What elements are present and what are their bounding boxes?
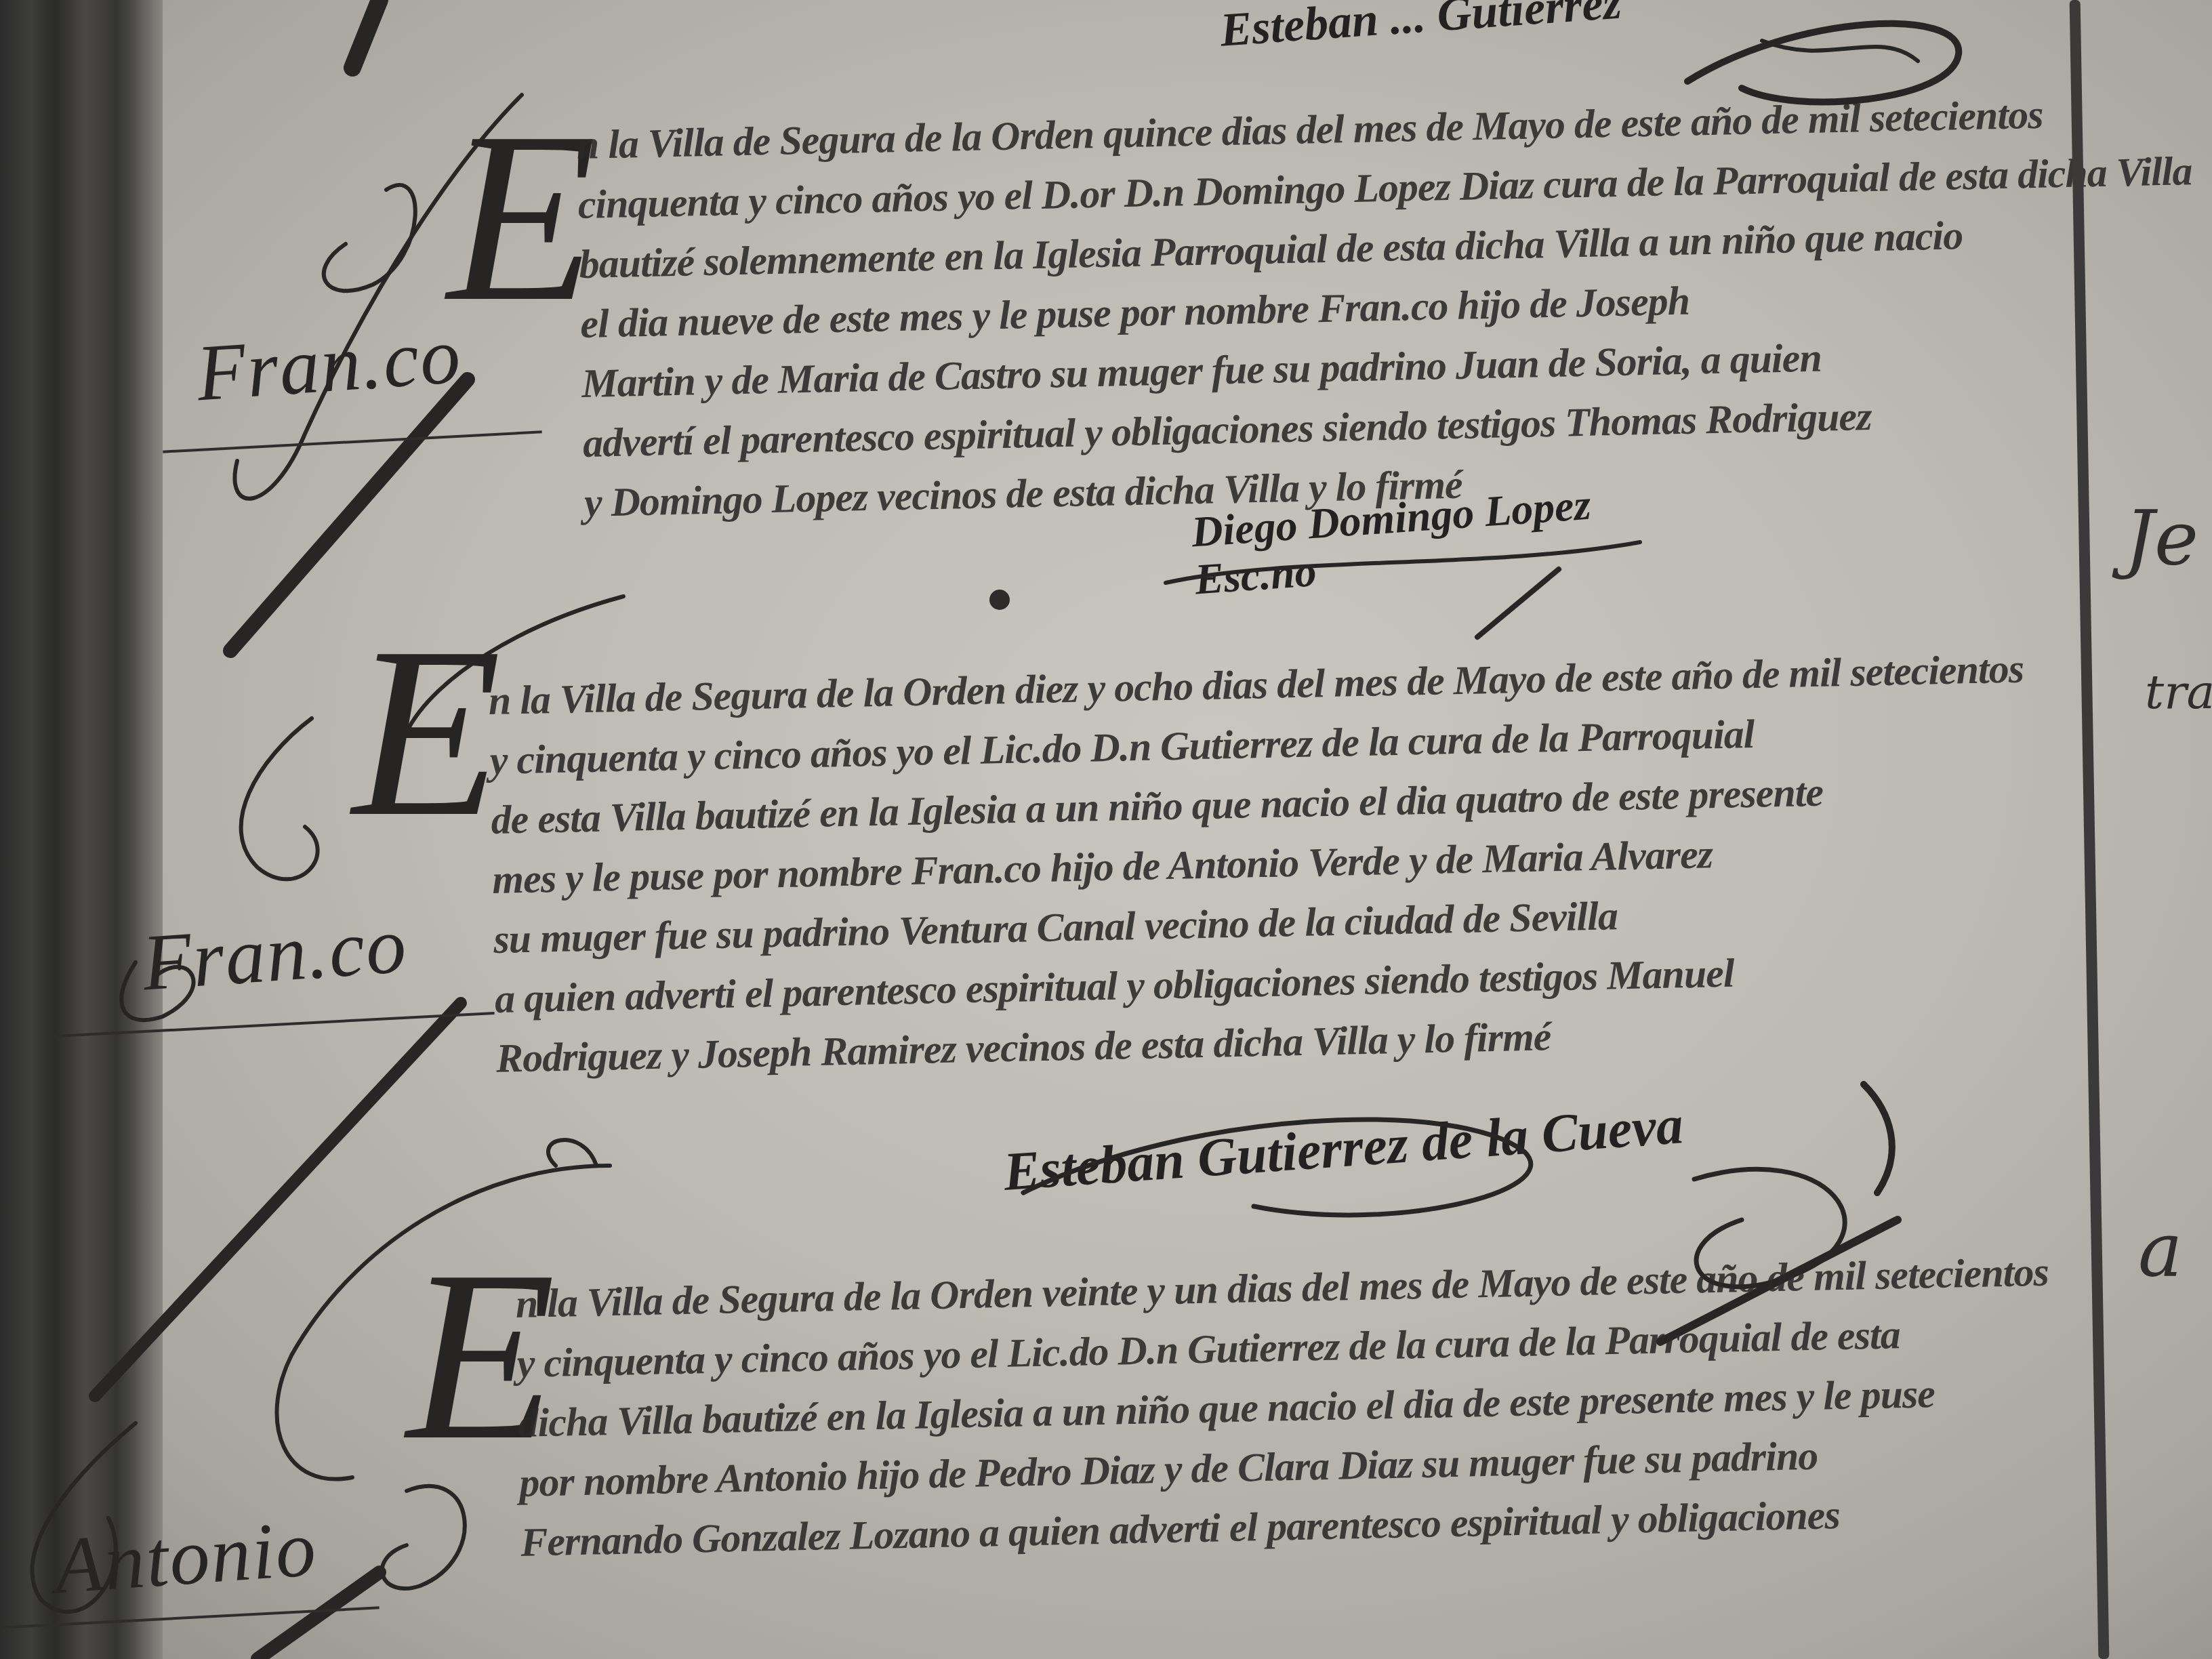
margin-baptized-name: Antonio [52, 1502, 320, 1613]
margin-baptized-name: Fran.co [140, 899, 410, 1010]
manuscript-page: Esteban ... Gutierrez E Fran.co n la Vil… [0, 0, 2212, 1659]
margin-baptized-name: Fran.co [194, 310, 464, 420]
entry-text: n la Villa de Segura de la Orden diez y … [488, 639, 2032, 1088]
adjacent-column-fragment: tra [2145, 664, 2212, 720]
entry-text: n la Villa de Segura de la Orden quince … [576, 81, 2198, 533]
adjacent-column-fragment: Je [2125, 495, 2198, 581]
entry-text: n la Villa de Segura de la Orden veinte … [515, 1242, 2054, 1572]
adjacent-column-fragment: a [2138, 1206, 2183, 1293]
adjacent-column: Je tra a [2097, 0, 2212, 1659]
ink-blot [989, 590, 1010, 610]
previous-entry-signature: Esteban ... Gutierrez [1218, 0, 1623, 55]
pen-stroke-top-left [325, 0, 407, 95]
signature-flourish [1152, 529, 1694, 637]
